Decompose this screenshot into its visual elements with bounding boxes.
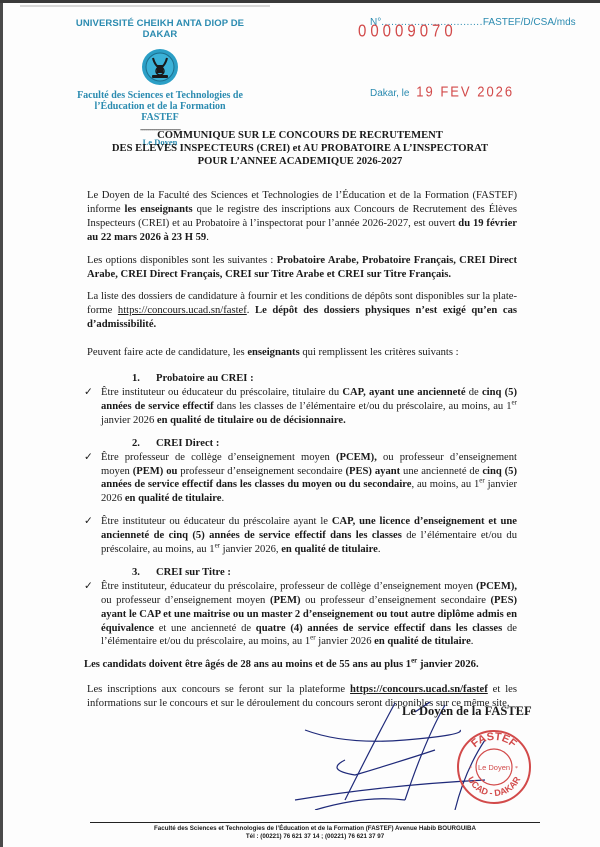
criteria-item: ✓ Être professeur de collège d’enseignem…: [87, 451, 517, 507]
paragraph-criteria-intro: Peuvent faire acte de candidature, les e…: [87, 346, 517, 360]
criteria-item: ✓ Être instituteur, éducateur du préscol…: [87, 580, 517, 650]
faculty-name-line2: l’Éducation et de la Formation: [60, 101, 260, 112]
document-body: Le Doyen de la Faculté des Sciences et T…: [87, 189, 517, 720]
paragraph-intro: Le Doyen de la Faculté des Sciences et T…: [87, 189, 517, 245]
reference-suffix: FASTEF/D/CSA/mds: [483, 17, 576, 28]
scan-edge-top: [0, 0, 600, 3]
paragraph-dossiers: La liste des dossiers de candidature à f…: [87, 290, 517, 332]
title-line2: DES ELEVES INSPECTEURS (CREI) et AU PROB…: [40, 142, 560, 155]
svg-text:*: *: [469, 766, 472, 772]
date-stamp: 19 FEV 2026: [416, 83, 514, 100]
section-title-crei-direct: 2.CREI Direct :: [132, 437, 517, 451]
stamp-top-text: FASTEF: [469, 731, 519, 750]
faculty-name-line1: Faculté des Sciences et Technologies de: [60, 90, 260, 101]
date-line: Dakar, le 19 FEV 2026: [370, 84, 514, 99]
footer: Faculté des Sciences et Technologies de …: [60, 825, 570, 841]
section-title-probatoire: 1.Probatoire au CREI :: [132, 372, 517, 386]
checkmark-icon: ✓: [84, 451, 93, 465]
checkmark-icon: ✓: [84, 386, 93, 400]
paragraph-options: Les options disponibles sont les suivant…: [87, 254, 517, 282]
svg-text:FASTEF: FASTEF: [469, 731, 519, 750]
signatory-title: Le Doyen de la FASTEF: [402, 704, 532, 719]
platform-link[interactable]: https://concours.ucad.sn/fastef: [118, 305, 247, 316]
footer-divider: [90, 822, 540, 823]
criteria-item: ✓ Être instituteur ou éducateur du présc…: [87, 386, 517, 428]
scan-edge-left: [0, 0, 3, 847]
letterhead: UNIVERSITÉ CHEIKH ANTA DIOP DE DAKAR Fac…: [60, 18, 260, 147]
age-requirement: Les candidats doivent être âgés de 28 an…: [84, 658, 517, 672]
official-stamp: FASTEF UCAD - DAKAR Le Doyen * *: [455, 728, 533, 806]
checkmark-icon: ✓: [84, 580, 93, 594]
ucad-emblem-icon: [141, 48, 179, 86]
platform-link-bold[interactable]: https://concours.ucad.sn/fastef: [350, 684, 488, 695]
svg-text:UCAD - DAKAR: UCAD - DAKAR: [466, 774, 523, 798]
document-page: UNIVERSITÉ CHEIKH ANTA DIOP DE DAKAR Fac…: [0, 0, 600, 847]
scan-shade: [20, 5, 270, 7]
stamp-center-text: Le Doyen: [478, 763, 510, 772]
title-line3: POUR L’ANNEE ACADEMIQUE 2026-2027: [40, 155, 560, 168]
checkmark-icon: ✓: [84, 515, 93, 529]
svg-text:*: *: [515, 766, 518, 772]
criteria-item: ✓ Être instituteur ou éducateur du présc…: [87, 515, 517, 557]
stamp-bottom-text: UCAD - DAKAR: [466, 774, 523, 798]
footer-phone: Tél : (00221) 76 621 37 14 ; (00221) 76 …: [60, 833, 570, 841]
university-name: UNIVERSITÉ CHEIKH ANTA DIOP DE DAKAR: [60, 18, 260, 40]
section-title-crei-titre: 3.CREI sur Titre :: [132, 566, 517, 580]
footer-address: Faculté des Sciences et Technologies de …: [60, 825, 570, 833]
faculty-acronym: FASTEF: [60, 112, 260, 123]
date-label: Dakar, le: [370, 88, 409, 99]
document-title: COMMUNIQUE SUR LE CONCOURS DE RECRUTEMEN…: [40, 129, 560, 168]
reference-stamp-number: 00009070: [358, 22, 457, 42]
title-line1: COMMUNIQUE SUR LE CONCOURS DE RECRUTEMEN…: [40, 129, 560, 142]
